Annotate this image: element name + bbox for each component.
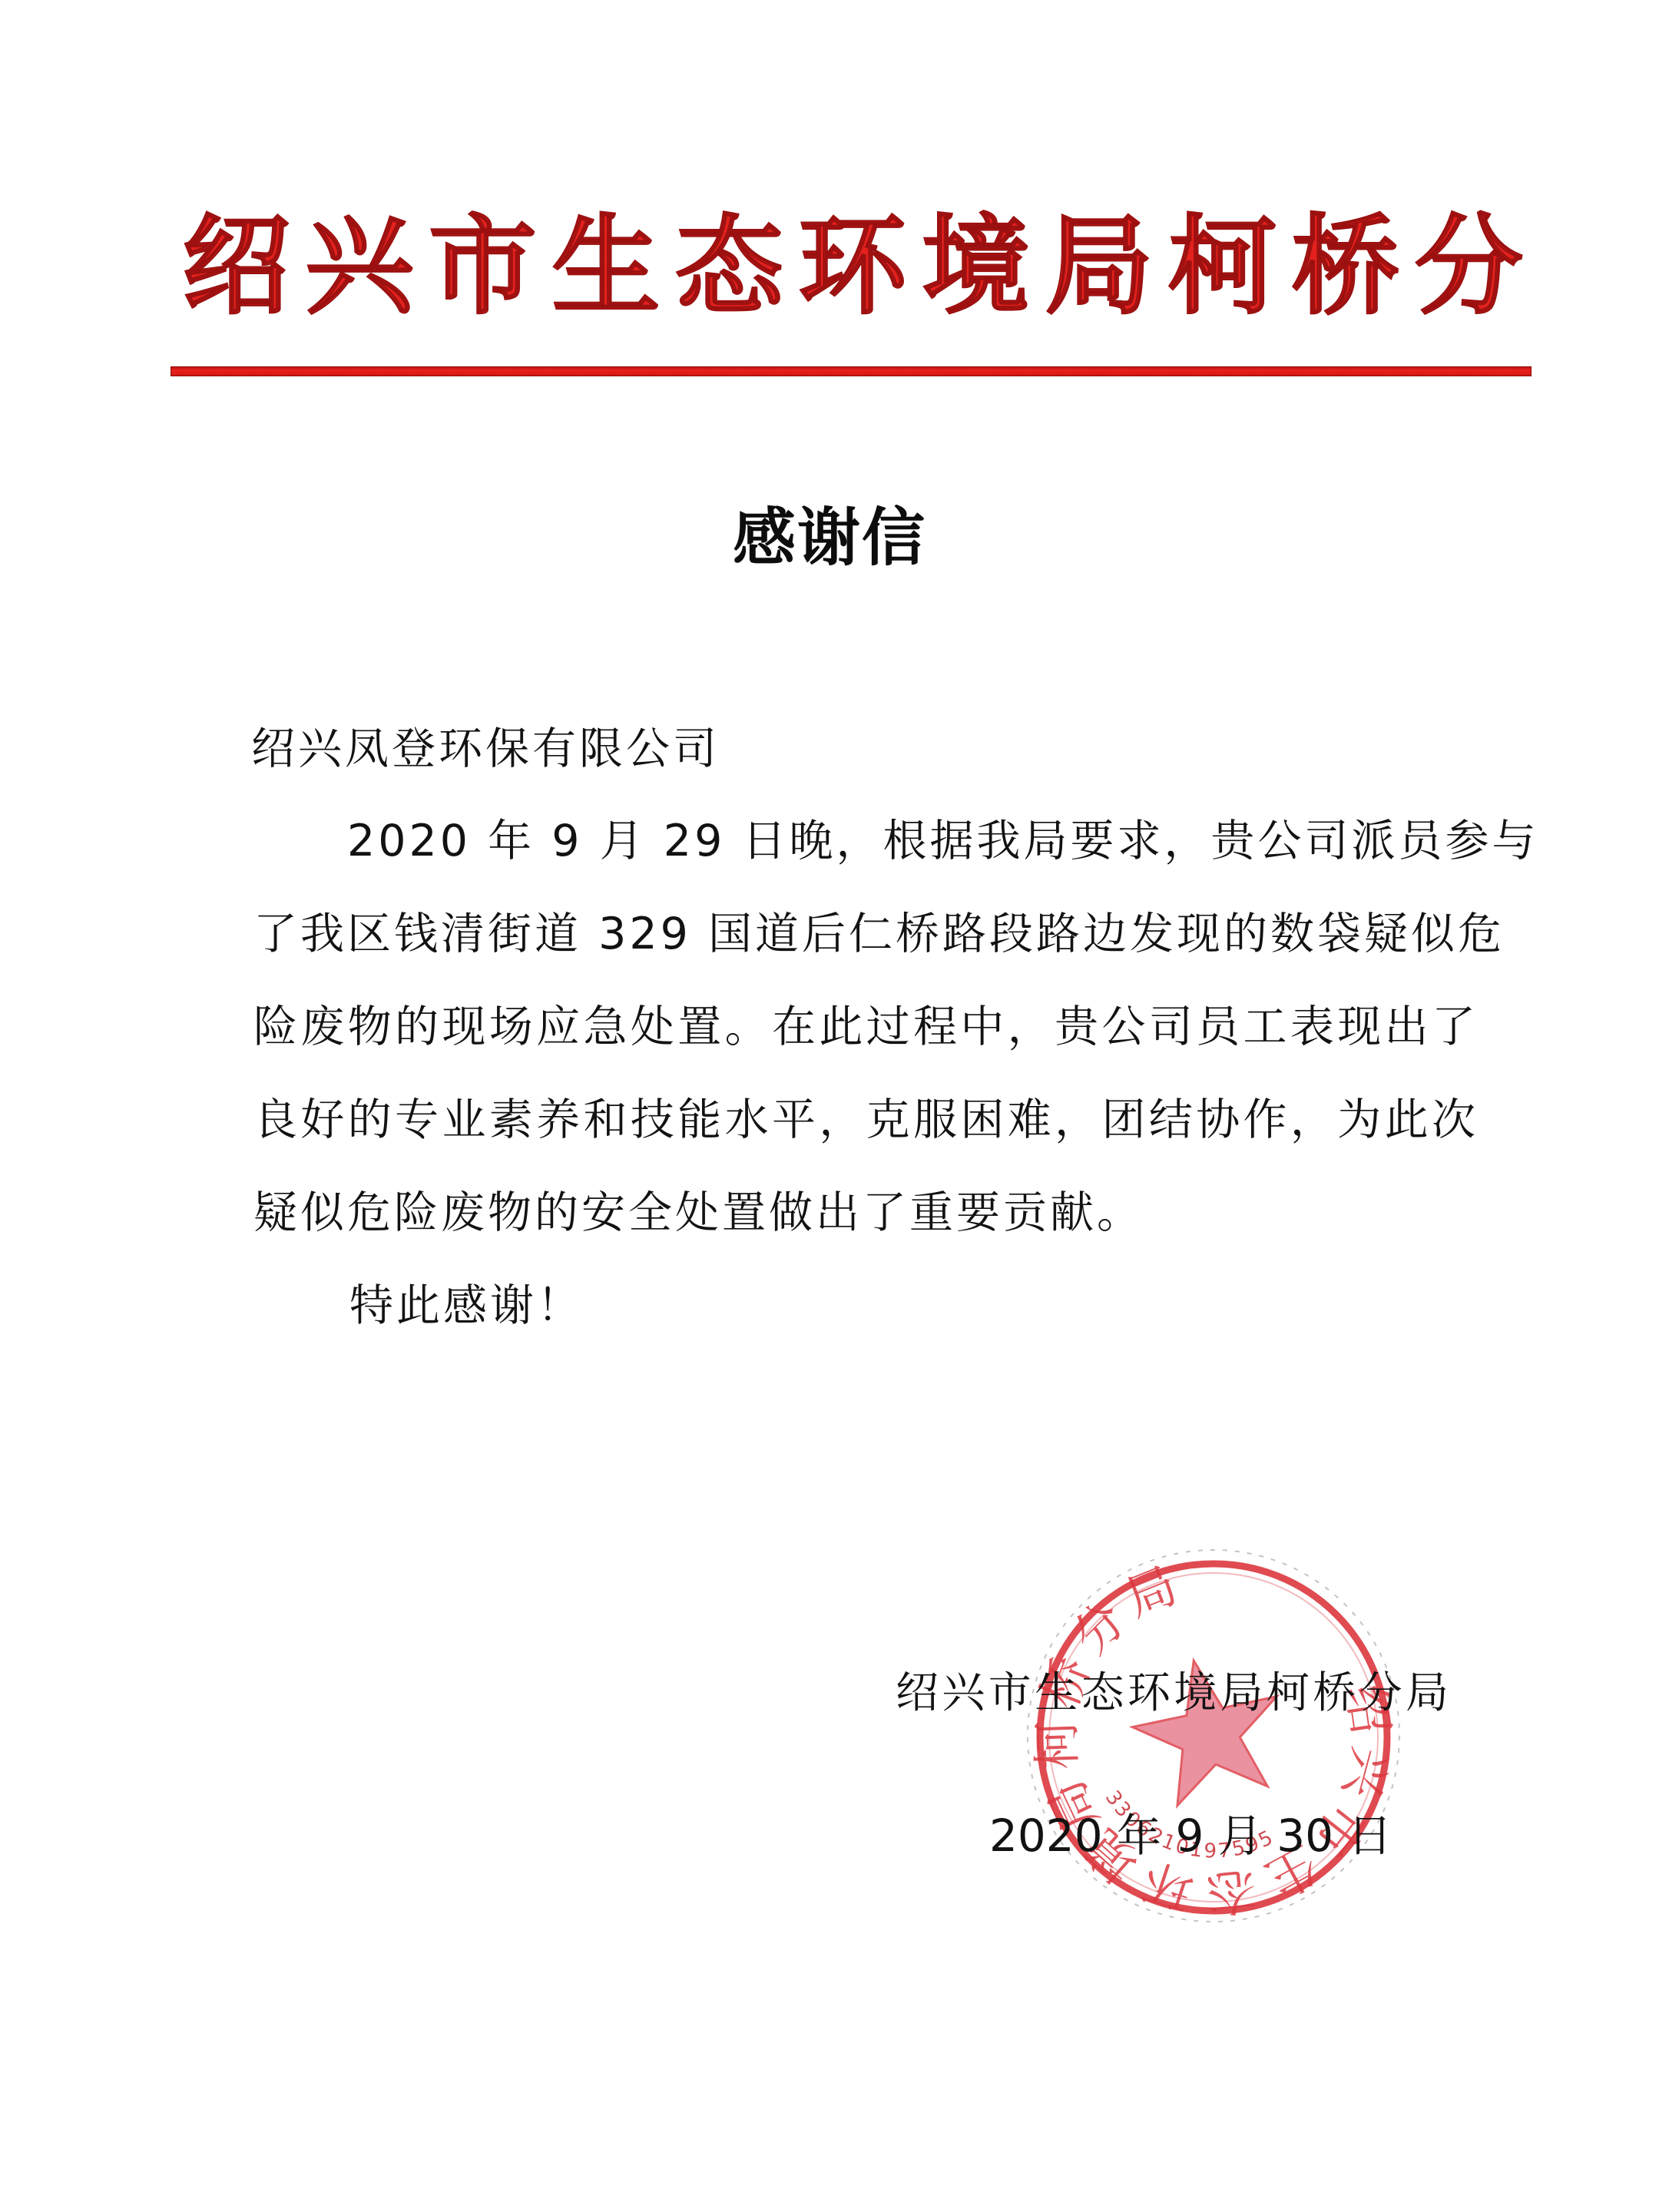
letterhead-char: 态: [670, 201, 789, 332]
letterhead-divider: [171, 366, 1532, 376]
document-title: 感谢信: [0, 492, 1659, 584]
letterhead-char: 局: [1040, 201, 1159, 332]
letterhead-char: 境: [916, 201, 1035, 332]
signature-date: 2020 年 9 月 30 日: [989, 1801, 1343, 1870]
letterhead-char: 市: [423, 201, 542, 332]
letterhead-char: 柯: [1163, 201, 1282, 332]
body-line: 疑似危险废物的安全处置做出了重要贡献。: [253, 1182, 1144, 1243]
salutation: 绍兴凤登环保有限公司: [251, 718, 720, 780]
signature-org: 绍兴市生态环境局柯桥分局: [896, 1659, 1449, 1728]
letterhead-char: 兴: [300, 201, 419, 332]
letterhead-char: 分: [1409, 201, 1528, 332]
body-line: 了我区钱清街道 329 国道后仁桥路段路边发现的数袋疑似危: [253, 903, 1479, 965]
letterhead-char: 环: [793, 201, 912, 332]
letterhead-org-name: 绍 兴 市 生 态 环 境 局 柯 桥 分: [177, 201, 1528, 332]
body-line: 良好的专业素养和技能水平，克服困难，团结协作，为此次: [253, 1089, 1479, 1151]
letterhead-char: 桥: [1286, 201, 1406, 332]
letterhead-char: 绍: [177, 201, 296, 332]
body-line: 险废物的现场应急处置。在此过程中，贵公司员工表现出了: [253, 996, 1479, 1058]
body-line: 2020 年 9 月 29 日晚，根据我局要求，贵公司派员参与: [347, 810, 1480, 872]
official-seal-icon: 绍兴市生态环境局柯桥分局 3306210197595: [1022, 1544, 1406, 1928]
letterhead-char: 生: [547, 201, 666, 332]
closing-remark: 特此感谢！: [349, 1275, 584, 1336]
